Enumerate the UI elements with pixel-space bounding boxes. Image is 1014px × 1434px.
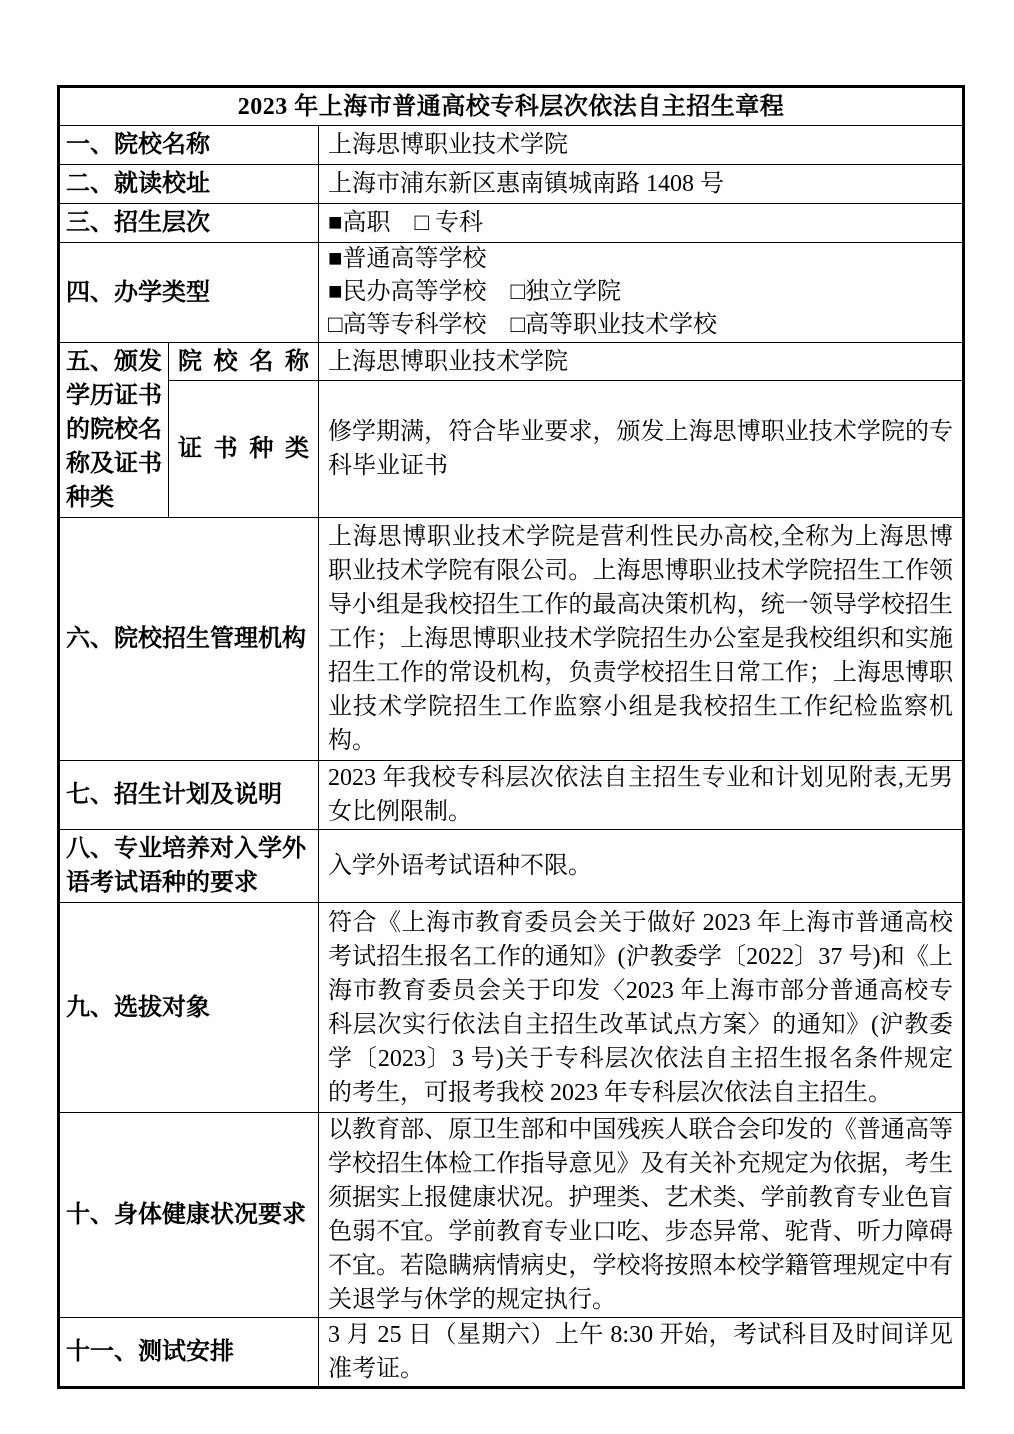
row-label: 二、就读校址 bbox=[59, 165, 319, 204]
school-type-option-line: □高等专科学校 □高等职业技术学校 bbox=[328, 309, 953, 342]
row-language-requirement: 八、专业培养对入学外语考试语种的要求 入学外语考试语种不限。 bbox=[59, 830, 964, 903]
row-content: 3 月 25 日（星期六）上午 8:30 开始，考试科目及时间详见准考证。 bbox=[319, 1318, 964, 1388]
row-content: 上海思博职业技术学院 bbox=[319, 126, 964, 165]
row-school-name: 一、院校名称 上海思博职业技术学院 bbox=[59, 126, 964, 165]
row-campus-address: 二、就读校址 上海市浦东新区惠南镇城南路 1408 号 bbox=[59, 165, 964, 204]
school-type-option-line: ■普通高等学校 bbox=[328, 243, 953, 276]
row-school-type: 四、办学类型 ■普通高等学校 ■民办高等学校 □独立学院 □高等专科学校 □高等… bbox=[59, 243, 964, 343]
school-type-option-line: ■民办高等学校 □独立学院 bbox=[328, 276, 953, 309]
row-content: 2023 年我校专科层次依法自主招生专业和计划见附表,无男女比例限制。 bbox=[319, 761, 964, 830]
row-label: 八、专业培养对入学外语考试语种的要求 bbox=[59, 830, 319, 903]
row-label: 六、院校招生管理机构 bbox=[59, 518, 319, 761]
row-health-requirements: 十、身体健康状况要求 以教育部、原卫生部和中国残疾人联合会印发的《普通高等学校招… bbox=[59, 1113, 964, 1318]
row-certificate-school: 五、颁发学历证书的院校名称及证书种类 院 校 名 称 上海思博职业技术学院 bbox=[59, 343, 964, 381]
title-row: 2023 年上海市普通高校专科层次依法自主招生章程 bbox=[59, 87, 964, 126]
row-label: 十、身体健康状况要求 bbox=[59, 1113, 319, 1318]
document-title: 2023 年上海市普通高校专科层次依法自主招生章程 bbox=[59, 87, 964, 126]
row-content: 入学外语考试语种不限。 bbox=[319, 830, 964, 903]
row-certificate-type: 证 书 种 类 修学期满，符合毕业要求，颁发上海思博职业技术学院的专科毕业证书 bbox=[59, 381, 964, 518]
row-admission-level: 三、招生层次 ■高职 □ 专科 bbox=[59, 204, 964, 243]
row-content: 上海思博职业技术学院是营利性民办高校,全称为上海思博职业技术学院有限公司。上海思… bbox=[319, 518, 964, 761]
row-label: 九、选拔对象 bbox=[59, 903, 319, 1113]
row-label: 七、招生计划及说明 bbox=[59, 761, 319, 830]
row-test-arrangement: 十一、测试安排 3 月 25 日（星期六）上午 8:30 开始，考试科目及时间详… bbox=[59, 1318, 964, 1388]
row-content: 上海市浦东新区惠南镇城南路 1408 号 bbox=[319, 165, 964, 204]
row-selection-targets: 九、选拔对象 符合《上海市教育委员会关于做好 2023 年上海市普通高校考试招生… bbox=[59, 903, 964, 1113]
row-admissions-plan: 七、招生计划及说明 2023 年我校专科层次依法自主招生专业和计划见附表,无男女… bbox=[59, 761, 964, 830]
document-page: 2023 年上海市普通高校专科层次依法自主招生章程 一、院校名称 上海思博职业技… bbox=[0, 0, 1014, 1434]
admission-charter-table: 2023 年上海市普通高校专科层次依法自主招生章程 一、院校名称 上海思博职业技… bbox=[57, 85, 965, 1389]
sub-row-label: 证 书 种 类 bbox=[169, 381, 319, 518]
row-label: 三、招生层次 bbox=[59, 204, 319, 243]
row-content: 以教育部、原卫生部和中国残疾人联合会印发的《普通高等学校招生体检工作指导意见》及… bbox=[319, 1113, 964, 1318]
row-label: 一、院校名称 bbox=[59, 126, 319, 165]
row-admissions-management: 六、院校招生管理机构 上海思博职业技术学院是营利性民办高校,全称为上海思博职业技… bbox=[59, 518, 964, 761]
sub-row-content: 修学期满，符合毕业要求，颁发上海思博职业技术学院的专科毕业证书 bbox=[319, 381, 964, 518]
sub-row-content: 上海思博职业技术学院 bbox=[319, 343, 964, 381]
admission-level-options: ■高职 □ 专科 bbox=[319, 204, 964, 243]
row-label: 四、办学类型 bbox=[59, 243, 319, 343]
school-type-options: ■普通高等学校 ■民办高等学校 □独立学院 □高等专科学校 □高等职业技术学校 bbox=[319, 243, 964, 343]
row-label: 五、颁发学历证书的院校名称及证书种类 bbox=[59, 343, 169, 518]
row-content: 符合《上海市教育委员会关于做好 2023 年上海市普通高校考试招生报名工作的通知… bbox=[319, 903, 964, 1113]
sub-row-label: 院 校 名 称 bbox=[169, 343, 319, 381]
row-label: 十一、测试安排 bbox=[59, 1318, 319, 1388]
